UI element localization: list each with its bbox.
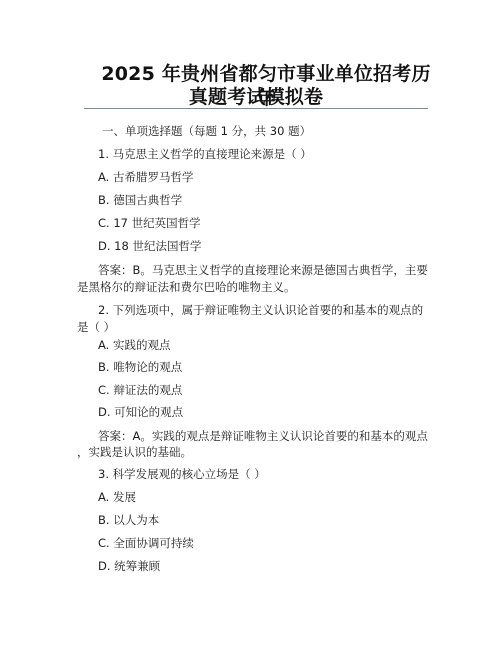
question-3-option-c: C. 全面协调可持续: [98, 536, 194, 550]
title-divider: [84, 108, 428, 109]
question-1-option-c: C. 17 世纪英国哲学: [98, 216, 201, 230]
question-1-option-b: B. 德国古典哲学: [98, 193, 182, 207]
question-3-stem: 3. 科学发展观的核心立场是（ ）: [98, 467, 266, 481]
question-2-stem-line1: 2. 下列选项中，属于辩证唯物主义认识论首要的和基本的观点的: [98, 303, 423, 317]
section-heading: 一、单项选择题（每题 1 分，共 30 题）: [102, 124, 311, 138]
question-2-stem-line2: 是（ ）: [77, 320, 115, 334]
question-2-option-d: D. 可知论的观点: [98, 405, 183, 419]
question-1-stem: 1. 马克思主义哲学的直接理论来源是（ ）: [98, 147, 312, 161]
question-2-answer-line2: ，实践是认识的基础。: [77, 445, 192, 459]
question-3-option-a: A. 发展: [98, 490, 136, 504]
document-title-line2: 真题考试模拟卷: [84, 85, 428, 109]
question-1-option-a: A. 古希腊罗马哲学: [98, 170, 193, 184]
question-2-option-a: A. 实践的观点: [98, 338, 170, 352]
question-2-option-c: C. 辩证法的观点: [98, 383, 182, 397]
question-1-answer-line2: 是黑格尔的辩证法和费尔巴哈的唯物主义。: [77, 280, 296, 294]
document-page: 2025 年贵州省都匀市事业单位招考历年 真题考试模拟卷 一、单项选择题（每题 …: [0, 0, 500, 647]
question-1-answer-line1: 答案：B。马克思主义哲学的直接理论来源是德国古典哲学，主要: [98, 263, 428, 277]
question-3-option-d: D. 统筹兼顾: [98, 559, 160, 573]
question-3-option-b: B. 以人为本: [98, 513, 159, 527]
question-2-answer-line1: 答案：A。实践的观点是辩证唯物主义认识论首要的和基本的观点: [98, 429, 428, 443]
question-2-option-b: B. 唯物论的观点: [98, 360, 182, 374]
question-1-option-d: D. 18 世纪法国哲学: [98, 239, 201, 253]
